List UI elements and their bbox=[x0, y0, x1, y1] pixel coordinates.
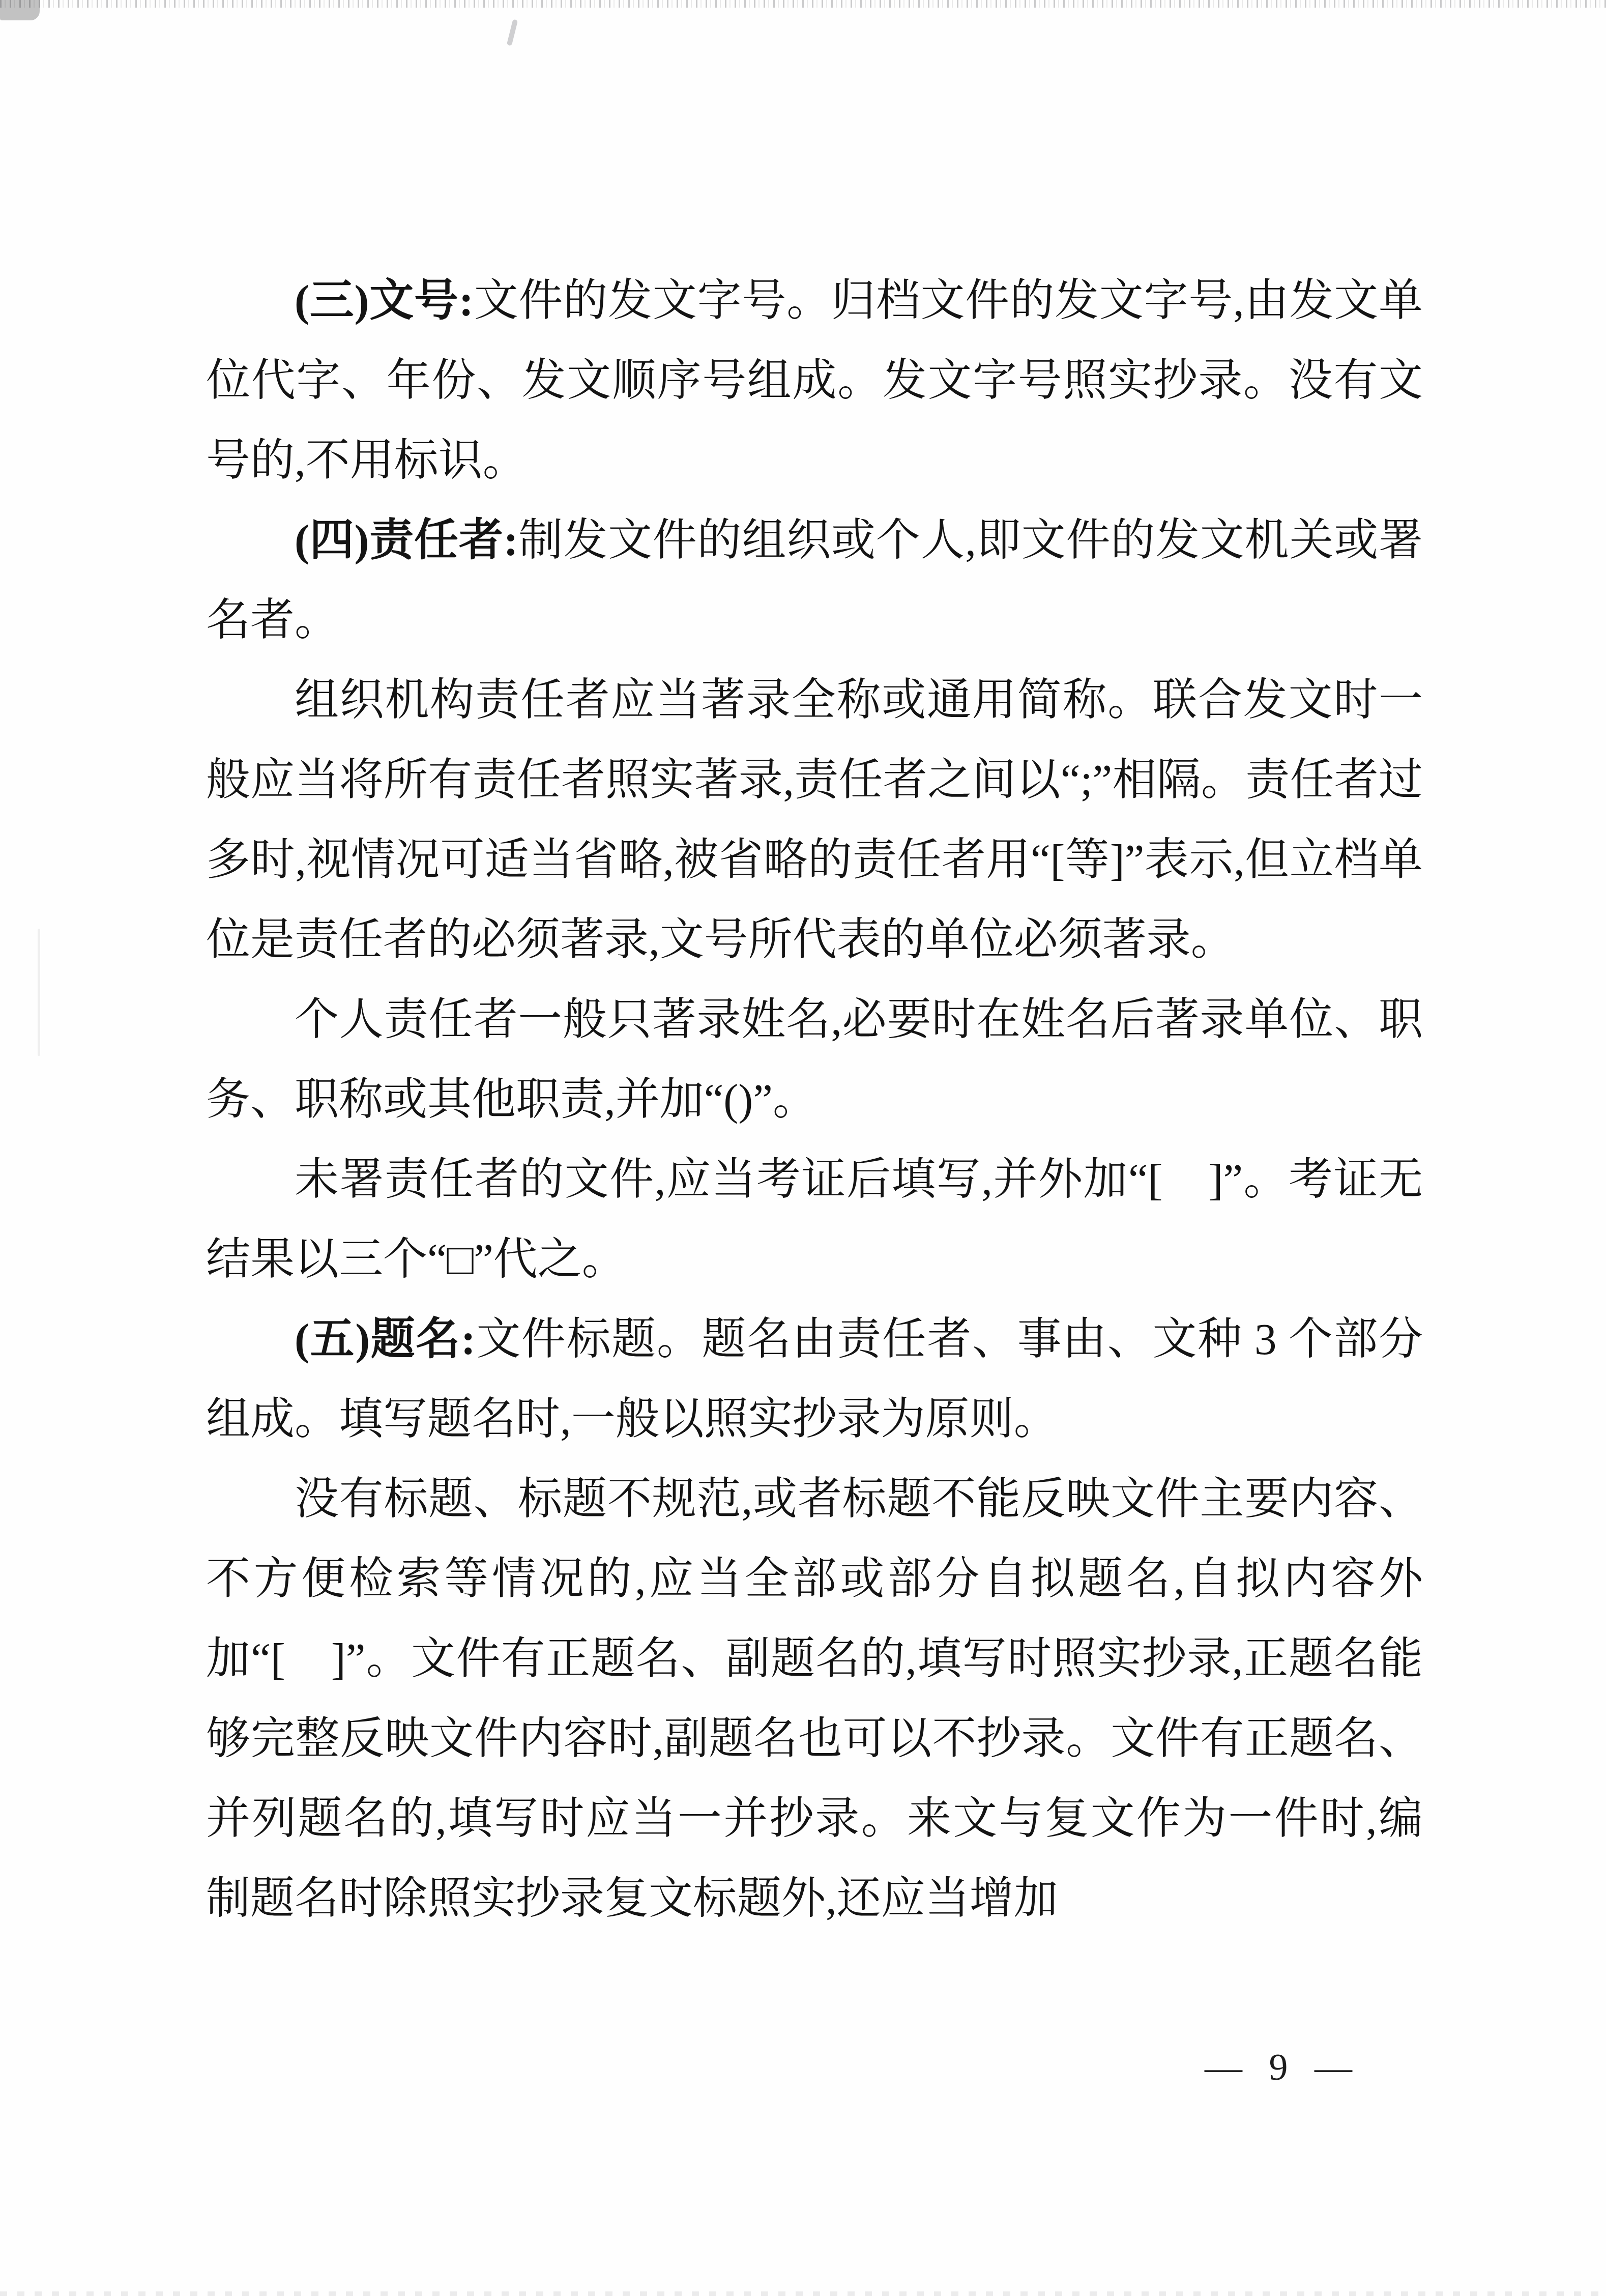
page-number: — 9 — bbox=[1205, 2047, 1352, 2088]
page-footer: — 9 — bbox=[1205, 2045, 1352, 2090]
document-text-block: (三)文号:文件的发文字号。归档文件的发文字号,由发文单位代字、年份、发文顺序号… bbox=[206, 261, 1423, 1938]
scan-noise-top-edge bbox=[0, 0, 1606, 8]
body-paragraph-wenhao: (三)文号:文件的发文字号。归档文件的发文字号,由发文单位代字、年份、发文顺序号… bbox=[206, 261, 1423, 500]
body-paragraph-geren-zerenzhe: 个人责任者一般只著录姓名,必要时在姓名后著录单位、职务、职称或其他职责,并加“(… bbox=[206, 980, 1423, 1139]
body-paragraph-biaoti-guifan: 没有标题、标题不规范,或者标题不能反映文件主要内容、不方便检索等情况的,应当全部… bbox=[206, 1459, 1423, 1938]
paragraph-lead: (三)文号: bbox=[295, 276, 474, 325]
body-paragraph-zuzhi-jigou: 组织机构责任者应当著录全称或通用简称。联合发文时一般应当将所有责任者照实著录,责… bbox=[206, 660, 1423, 980]
paragraph-lead: (四)责任者: bbox=[295, 515, 518, 565]
body-paragraph-zerenzhe: (四)责任者:制发文件的组织或个人,即文件的发文机关或署名者。 bbox=[206, 500, 1423, 660]
paragraph-lead: (五)题名: bbox=[295, 1314, 476, 1364]
paragraph-text: 组织机构责任者应当著录全称或通用简称。联合发文时一般应当将所有责任者照实著录,责… bbox=[206, 675, 1423, 964]
body-paragraph-weishu-zerenzhe: 未署责任者的文件,应当考证后填写,并外加“[ ]”。考证无结果以三个“□”代之。 bbox=[206, 1139, 1423, 1299]
scan-streak-left-edge bbox=[38, 929, 40, 1056]
scan-noise-bottom-edge bbox=[0, 2291, 1606, 2296]
paragraph-text: 未署责任者的文件,应当考证后填写,并外加“[ ]”。考证无结果以三个“□”代之。 bbox=[206, 1155, 1423, 1284]
paragraph-text: 个人责任者一般只著录姓名,必要时在姓名后著录单位、职务、职称或其他职责,并加“(… bbox=[206, 995, 1423, 1124]
paragraph-text: 没有标题、标题不规范,或者标题不能反映文件主要内容、不方便检索等情况的,应当全部… bbox=[206, 1474, 1423, 1923]
scan-artifact-top-left-corner bbox=[0, 0, 40, 20]
body-paragraph-timing: (五)题名:文件标题。题名由责任者、事由、文种 3 个部分组成。填写题名时,一般… bbox=[206, 1299, 1423, 1459]
scan-speck bbox=[507, 19, 518, 46]
